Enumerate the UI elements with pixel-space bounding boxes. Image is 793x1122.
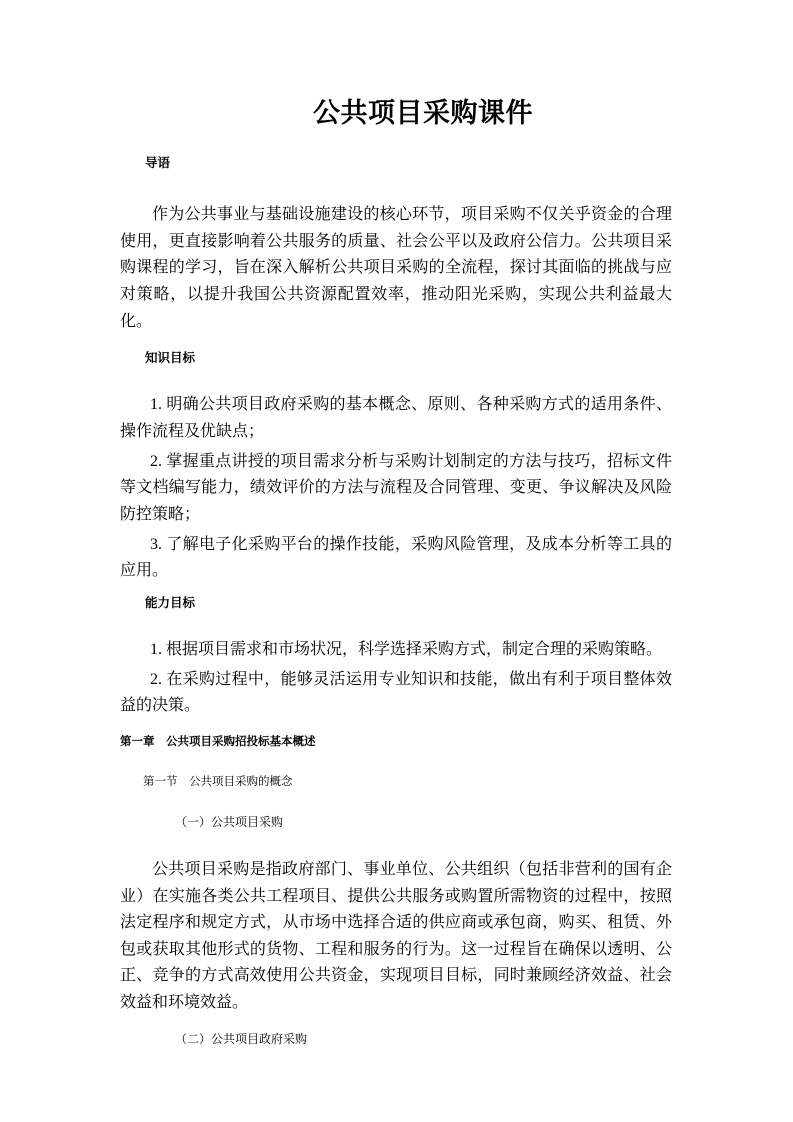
ability-goal-item: 1. 根据项目需求和市场状况，科学选择采购方式，制定合理的采购策略。 xyxy=(120,637,672,664)
knowledge-goal-item: 3. 了解电子化采购平台的操作技能，采购风险管理，及成本分析等工具的应用。 xyxy=(120,532,672,585)
subsection-1-heading: （一）公共项目采购 xyxy=(120,815,672,830)
ability-goal-item: 2. 在采购过程中，能够灵活运用专业知识和技能，做出有利于项目整体效益的决策。 xyxy=(120,667,672,720)
knowledge-goal-item: 1. 明确公共项目政府采购的基本概念、原则、各种采购方式的适用条件、操作流程及优… xyxy=(120,392,672,445)
knowledge-goals-heading: 知识目标 xyxy=(120,350,672,366)
subsection-1-paragraph: 公共项目采购是指政府部门、事业单位、公共组织（包括非营利的国有企业）在实施各类公… xyxy=(120,857,672,1017)
intro-paragraph: 作为公共事业与基础设施建设的核心环节，项目采购不仅关乎资金的合理使用，更直接影响… xyxy=(120,202,672,335)
chapter-1-heading: 第一章 公共项目采购招投标基本概述 xyxy=(120,735,672,750)
intro-heading: 导语 xyxy=(120,155,672,171)
subsection-2-heading: （二）公共项目政府采购 xyxy=(120,1032,672,1047)
doc-title: 公共项目采购课件 xyxy=(120,98,672,128)
section-1-heading: 第一节 公共项目采购的概念 xyxy=(120,775,672,790)
knowledge-goal-item: 2. 掌握重点讲授的项目需求分析与采购计划制定的方法与技巧，招标文件等文档编写能… xyxy=(120,449,672,529)
ability-goals-heading: 能力目标 xyxy=(120,595,672,611)
document-page: 公共项目采购课件 导语 作为公共事业与基础设施建设的核心环节，项目采购不仅关乎资… xyxy=(0,0,793,1122)
